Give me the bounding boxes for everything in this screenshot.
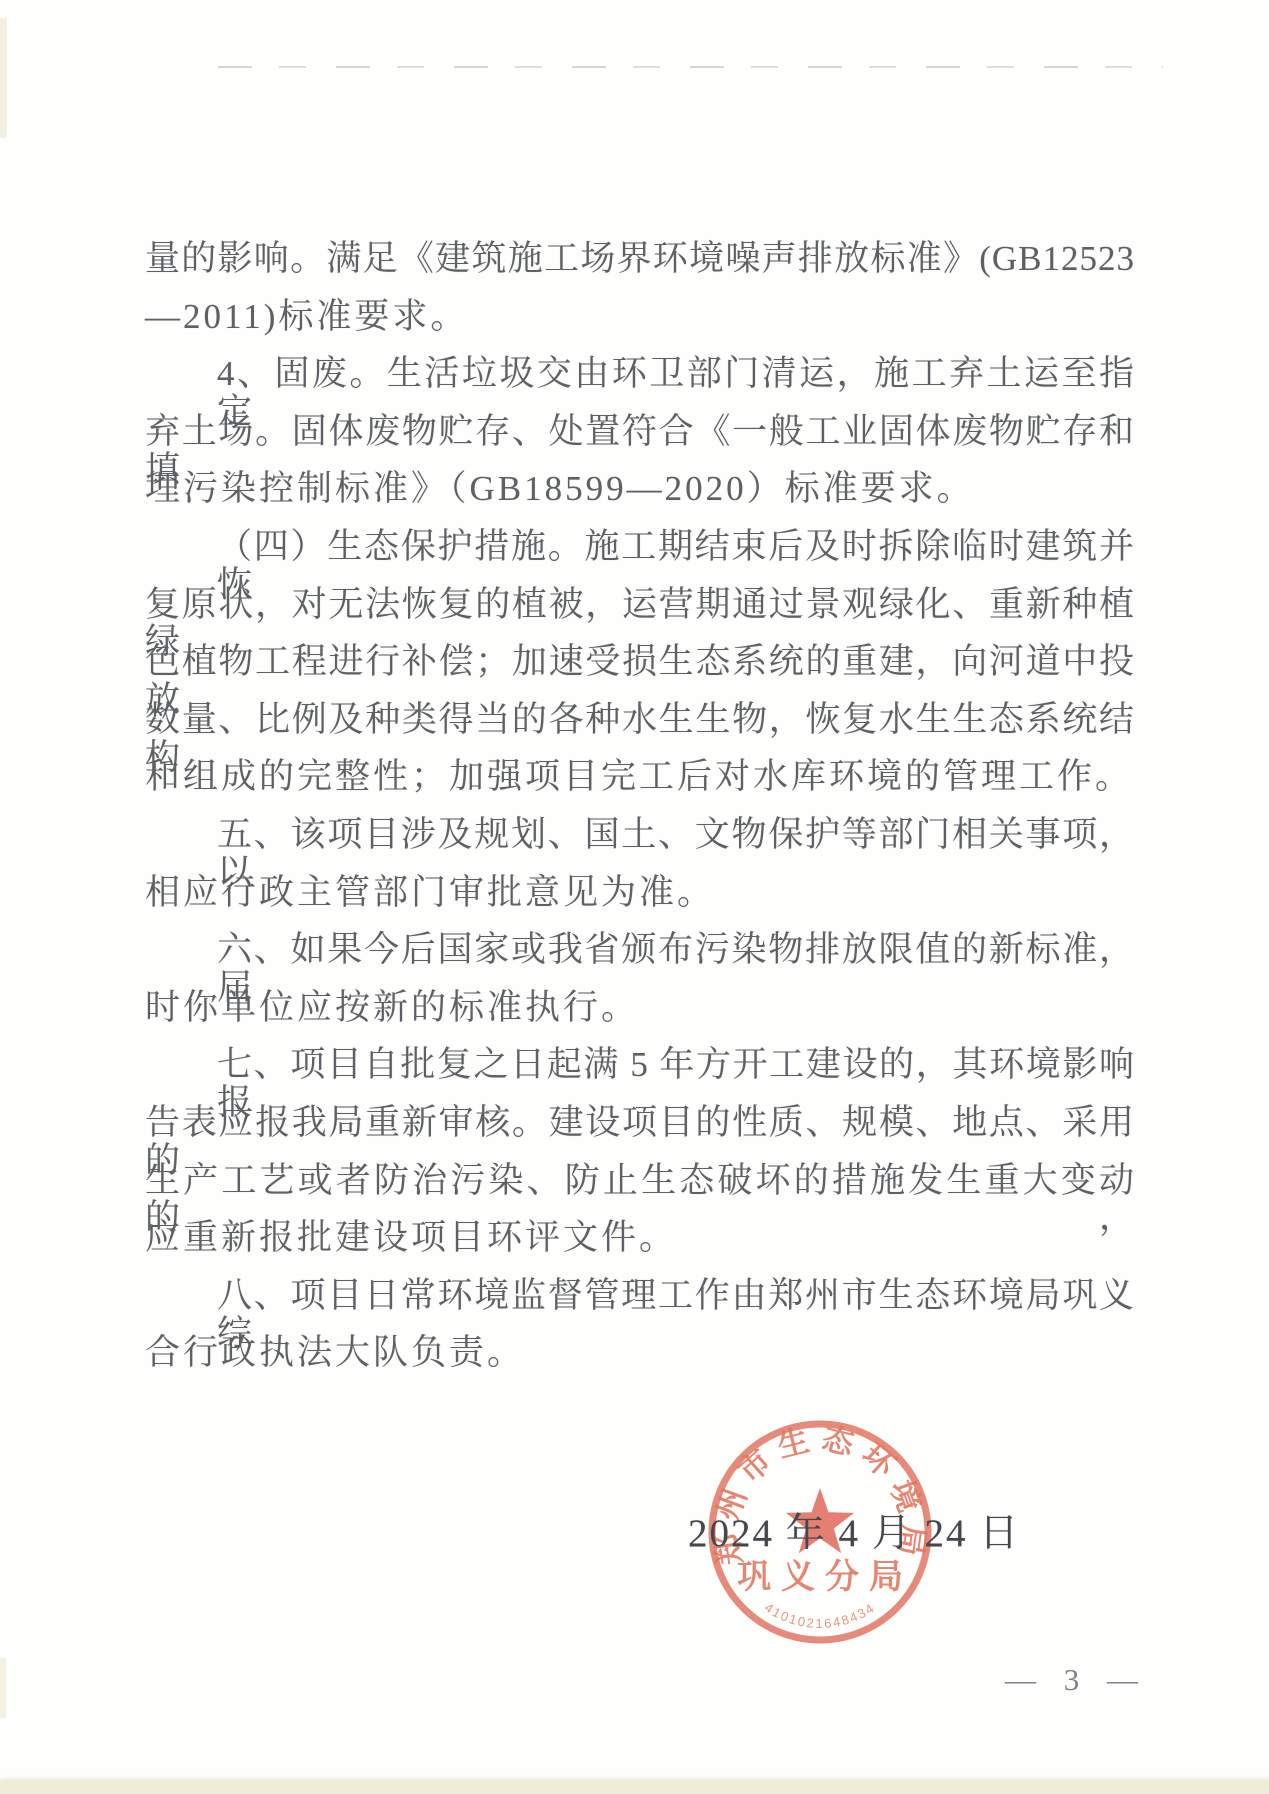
scan-edge-mark	[0, 1658, 6, 1718]
text-block: 量的影响。满足《建筑施工场界环境噪声排放标准》(GB12523—2011)标准要…	[0, 0, 1269, 1794]
document-line: 相应行政主管部门审批意见为准。	[145, 874, 1135, 912]
page-number: — 3 —	[1005, 1662, 1148, 1698]
document-line: 埋污染控制标准》（GB18599—2020）标准要求。	[145, 470, 1135, 508]
scanned-document-page: 量的影响。满足《建筑施工场界环境噪声排放标准》(GB12523—2011)标准要…	[0, 0, 1269, 1794]
document-line: —2011)标准要求。	[145, 298, 1135, 336]
seal-branch-text: 巩义分局	[737, 1558, 913, 1596]
seal-serial-number: 4101021648434	[762, 1600, 878, 1631]
document-line: 和组成的完整性；加强项目完工后对水库环境的管理工作。	[145, 758, 1135, 796]
approval-date: 2024 年 4 月 24 日	[688, 1502, 1020, 1558]
scan-edge-mark	[0, 18, 7, 138]
scan-bottom-edge	[0, 1780, 1269, 1794]
document-line: 时你单位应按新的标准执行。	[145, 989, 1135, 1027]
document-line: 应重新报批建设项目环评文件。	[145, 1219, 1135, 1257]
seal-serial-textpath: 4101021648434	[762, 1600, 878, 1631]
document-line: 合行政执法大队负责。	[145, 1334, 1135, 1372]
document-line: 量的影响。满足《建筑施工场界环境噪声排放标准》(GB12523	[145, 240, 1135, 278]
